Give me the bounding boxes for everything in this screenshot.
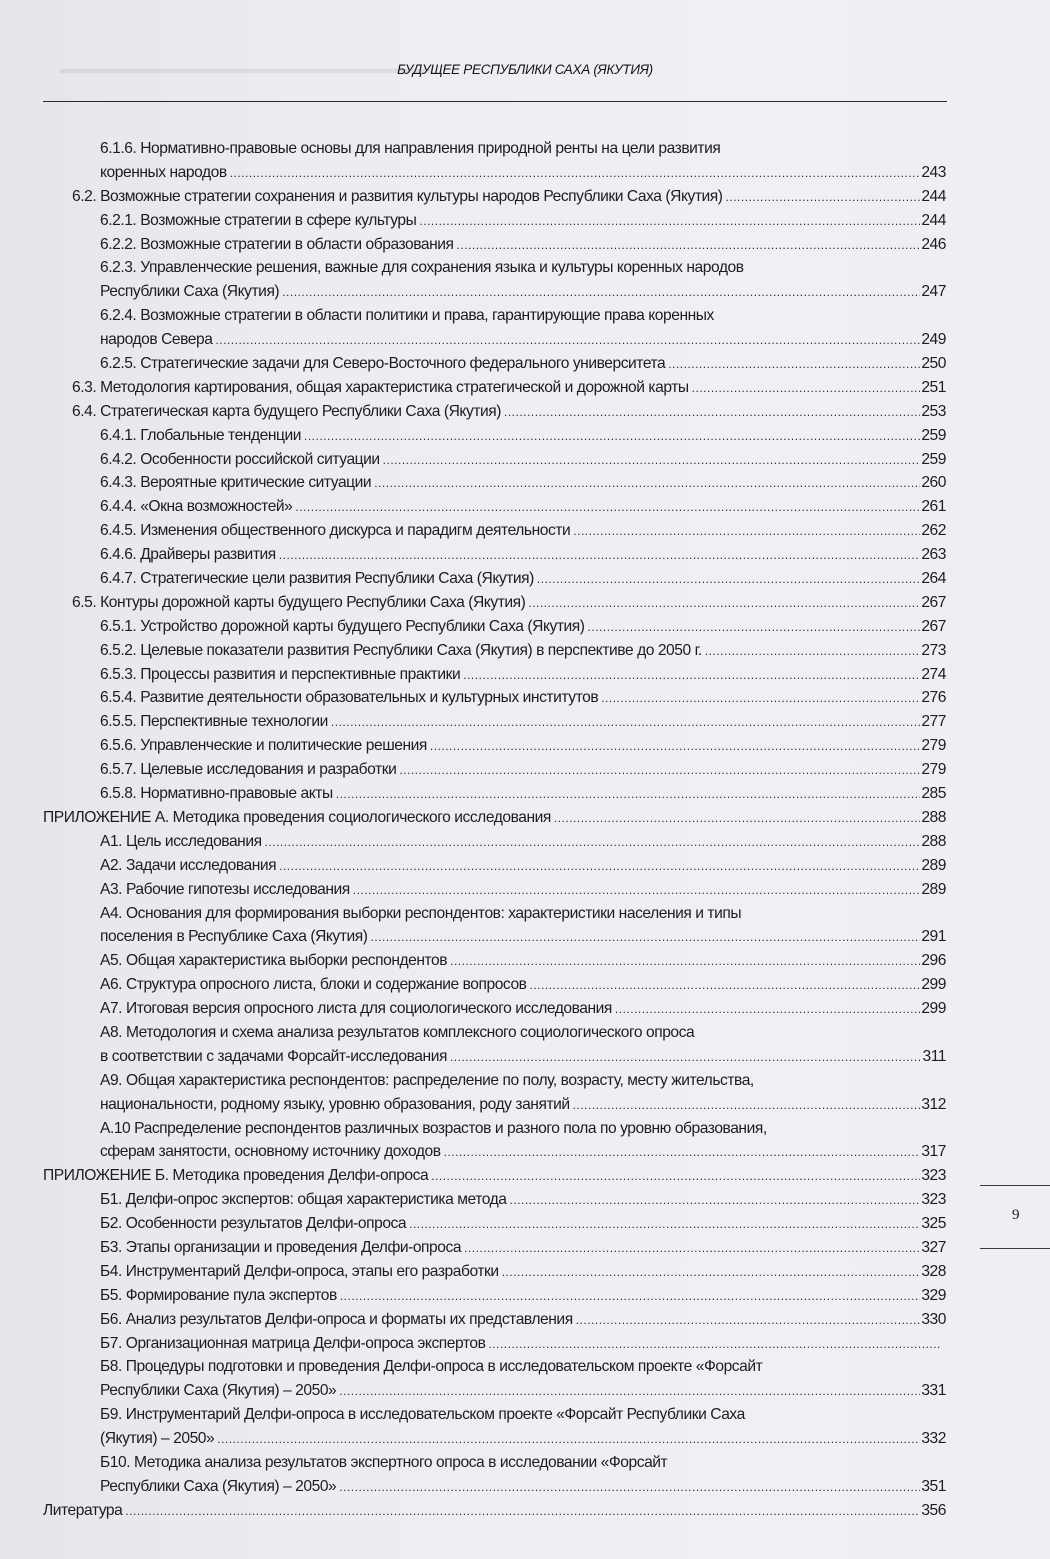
toc-entry-title: Б2. Особенности результатов Делфи-опроса bbox=[100, 1212, 406, 1236]
toc-entry-title: А3. Рабочие гипотезы исследования bbox=[100, 878, 350, 902]
toc-line: Б6. Анализ результатов Делфи-опроса и фо… bbox=[43, 1308, 946, 1332]
toc-line: 6.4.5. Изменения общественного дискурса … bbox=[43, 519, 946, 543]
toc-entry[interactable]: А1. Цель исследования288 bbox=[43, 830, 946, 854]
toc-entry-title: 6.5.8. Нормативно-правовые акты bbox=[100, 782, 333, 806]
toc-entry[interactable]: Б2. Особенности результатов Делфи-опроса… bbox=[43, 1212, 946, 1236]
toc-page-number: 259 bbox=[921, 448, 946, 472]
toc-entry-title: А4. Основания для формирования выборки р… bbox=[100, 902, 741, 926]
toc-line: Б7. Организационная матрица Делфи-опроса… bbox=[43, 1332, 946, 1356]
toc-line: 6.4.7. Стратегические цели развития Респ… bbox=[43, 567, 946, 591]
toc-page-number: 274 bbox=[921, 663, 946, 687]
toc-entry[interactable]: 6.5.3. Процессы развития и перспективные… bbox=[43, 663, 946, 687]
toc-entry[interactable]: 6.4.1. Глобальные тенденции259 bbox=[43, 424, 946, 448]
toc-page-number: 291 bbox=[921, 925, 946, 949]
dot-leader bbox=[726, 186, 921, 210]
toc-page-number: 299 bbox=[921, 973, 946, 997]
toc-page-number: 288 bbox=[921, 830, 946, 854]
dot-leader bbox=[450, 1046, 922, 1070]
toc-entry[interactable]: ПРИЛОЖЕНИЕ А. Методика проведения социол… bbox=[43, 806, 946, 830]
dot-leader bbox=[230, 162, 921, 186]
toc-entry[interactable]: 6.5.2. Целевые показатели развития Респу… bbox=[43, 639, 946, 663]
toc-line: 6.5.6. Управленческие и политические реш… bbox=[43, 734, 946, 758]
toc-entry[interactable]: 6.5.5. Перспективные технологии277 bbox=[43, 710, 946, 734]
toc-line: 6.4.6. Драйверы развития263 bbox=[43, 543, 946, 567]
toc-line: ПРИЛОЖЕНИЕ Б. Методика проведения Делфи-… bbox=[43, 1164, 946, 1188]
toc-entry-title: 6.2. Возможные стратегии сохранения и ра… bbox=[72, 185, 723, 209]
toc-entry-title: 6.3. Методология картирования, общая хар… bbox=[72, 376, 689, 400]
toc-line: ПРИЛОЖЕНИЕ А. Методика проведения социол… bbox=[43, 806, 946, 830]
dot-leader bbox=[615, 998, 920, 1022]
toc-entry[interactable]: Б8. Процедуры подготовки и проведения Де… bbox=[43, 1355, 946, 1403]
toc-entry[interactable]: 6.4.3. Вероятные критические ситуации260 bbox=[43, 471, 946, 495]
toc-entry[interactable]: 6.2. Возможные стратегии сохранения и ра… bbox=[43, 185, 946, 209]
toc-entry[interactable]: 6.3. Методология картирования, общая хар… bbox=[43, 376, 946, 400]
folio-rule-bottom bbox=[980, 1248, 1050, 1249]
toc-line: 6.5.2. Целевые показатели развития Респу… bbox=[43, 639, 946, 663]
toc-entry[interactable]: 6.4.5. Изменения общественного дискурса … bbox=[43, 519, 946, 543]
toc-page-number: 243 bbox=[921, 161, 946, 185]
toc-entry-title: 6.5.3. Процессы развития и перспективные… bbox=[100, 663, 460, 687]
toc-line: 6.2. Возможные стратегии сохранения и ра… bbox=[43, 185, 946, 209]
toc-entry-title: 6.5.4. Развитие деятельности образовател… bbox=[100, 686, 598, 710]
toc-entry[interactable]: А7. Итоговая версия опросного листа для … bbox=[43, 997, 946, 1021]
dot-leader bbox=[573, 520, 920, 544]
toc-line: Б2. Особенности результатов Делфи-опроса… bbox=[43, 1212, 946, 1236]
toc-entry[interactable]: 6.5.7. Целевые исследования и разработки… bbox=[43, 758, 946, 782]
dot-leader bbox=[353, 879, 921, 903]
toc-page-number: 247 bbox=[921, 280, 946, 304]
toc-entry-title: ПРИЛОЖЕНИЕ Б. Методика проведения Делфи-… bbox=[43, 1164, 428, 1188]
toc-entry-title: 6.5.5. Перспективные технологии bbox=[100, 710, 328, 734]
toc-line: 6.5.7. Целевые исследования и разработки… bbox=[43, 758, 946, 782]
toc-entry-title: Республики Саха (Якутия) – 2050» bbox=[100, 1379, 336, 1403]
toc-entry-title: (Якутия) – 2050» bbox=[100, 1427, 214, 1451]
toc-line: А5. Общая характеристика выборки респонд… bbox=[43, 949, 946, 973]
toc-line: 6.2.4. Возможные стратегии в области пол… bbox=[43, 304, 946, 328]
dot-leader bbox=[304, 425, 920, 449]
dot-leader bbox=[383, 449, 921, 473]
toc-page-number: 356 bbox=[921, 1499, 946, 1523]
toc-page-number: 317 bbox=[921, 1140, 946, 1164]
toc-entry[interactable]: 6.4.2. Особенности российской ситуации25… bbox=[43, 448, 946, 472]
toc-entry[interactable]: Б1. Делфи-опрос экспертов: общая характе… bbox=[43, 1188, 946, 1212]
toc-entry-title: 6.2.5. Стратегические задачи для Северо-… bbox=[100, 352, 665, 376]
toc-entry[interactable]: Б4. Инструментарий Делфи-опроса, этапы е… bbox=[43, 1260, 946, 1284]
toc-page-number: 251 bbox=[921, 376, 946, 400]
dot-leader bbox=[537, 568, 920, 592]
toc-line: 6.4. Стратегическая карта будущего Респу… bbox=[43, 400, 946, 424]
dot-leader bbox=[488, 1333, 940, 1357]
toc-entry-title: 6.5.2. Целевые показатели развития Респу… bbox=[100, 639, 702, 663]
toc-entry-title: 6.5.1. Устройство дорожной карты будущег… bbox=[100, 615, 585, 639]
toc-entry[interactable]: А4. Основания для формирования выборки р… bbox=[43, 902, 946, 950]
toc-entry-title: А1. Цель исследования bbox=[100, 830, 262, 854]
toc-entry-title: 6.5.7. Целевые исследования и разработки bbox=[100, 758, 396, 782]
toc-page-number: 323 bbox=[921, 1164, 946, 1188]
toc-line: А7. Итоговая версия опросного листа для … bbox=[43, 997, 946, 1021]
dot-leader bbox=[279, 544, 921, 568]
toc-entry-title: А2. Задачи исследования bbox=[100, 854, 276, 878]
toc-entry-title: поселения в Республике Саха (Якутия) bbox=[100, 925, 367, 949]
toc-page-number: 311 bbox=[922, 1045, 946, 1069]
toc-line: А6. Структура опросного листа, блоки и с… bbox=[43, 973, 946, 997]
toc-line: коренных народов243 bbox=[43, 161, 946, 185]
toc-line: в соответствии с задачами Форсайт-исслед… bbox=[43, 1045, 946, 1069]
dot-leader bbox=[431, 1165, 920, 1189]
toc-page-number: 246 bbox=[921, 233, 946, 257]
toc-entry[interactable]: 6.5.4. Развитие деятельности образовател… bbox=[43, 686, 946, 710]
dot-leader bbox=[409, 1213, 920, 1237]
toc-line: 6.4.4. «Окна возможностей»261 bbox=[43, 495, 946, 519]
toc-entry[interactable]: 6.2.5. Стратегические задачи для Северо-… bbox=[43, 352, 946, 376]
toc-line: А8. Методология и схема анализа результа… bbox=[43, 1021, 946, 1045]
toc-entry-title: А8. Методология и схема анализа результа… bbox=[100, 1021, 694, 1045]
toc-entry[interactable]: А6. Структура опросного листа, блоки и с… bbox=[43, 973, 946, 997]
toc-entry-title: Б1. Делфи-опрос экспертов: общая характе… bbox=[100, 1188, 507, 1212]
toc-entry[interactable]: 6.4.4. «Окна возможностей»261 bbox=[43, 495, 946, 519]
toc-entry-title: коренных народов bbox=[100, 161, 227, 185]
toc-entry[interactable]: А.10 Распределение респондентов различны… bbox=[43, 1117, 946, 1165]
dot-leader bbox=[331, 711, 920, 735]
toc-page-number: 332 bbox=[921, 1427, 946, 1451]
toc-entry[interactable]: 6.2.3. Управленческие решения, важные дл… bbox=[43, 256, 946, 304]
toc-entry-title: народов Севера bbox=[100, 328, 212, 352]
toc-line: 6.2.5. Стратегические задачи для Северо-… bbox=[43, 352, 946, 376]
toc-entry-title: Б9. Инструментарий Делфи-опроса в исслед… bbox=[100, 1403, 745, 1427]
toc-line: 6.2.2. Возможные стратегии в области обр… bbox=[43, 233, 946, 257]
toc-entry-title: 6.2.1. Возможные стратегии в сфере культ… bbox=[100, 209, 416, 233]
toc-line: Республики Саха (Якутия)247 bbox=[43, 280, 946, 304]
dot-leader bbox=[374, 472, 920, 496]
toc-line: национальности, родному языку, уровню об… bbox=[43, 1093, 946, 1117]
toc-line: 6.5. Контуры дорожной карты будущего Рес… bbox=[43, 591, 946, 615]
header-rule bbox=[43, 101, 947, 102]
dot-leader bbox=[215, 329, 920, 353]
toc-page-number: 262 bbox=[921, 519, 946, 543]
toc-entry-title: Республики Саха (Якутия) bbox=[100, 280, 279, 304]
toc-entry-title: А.10 Распределение респондентов различны… bbox=[100, 1117, 767, 1141]
toc-entry-title: Б7. Организационная матрица Делфи-опроса… bbox=[100, 1332, 485, 1356]
toc-entry-title: А7. Итоговая версия опросного листа для … bbox=[100, 997, 612, 1021]
toc-entry-title: Республики Саха (Якутия) – 2050» bbox=[100, 1475, 336, 1499]
toc-page-number: 288 bbox=[921, 806, 946, 830]
toc-line: поселения в Республике Саха (Якутия)291 bbox=[43, 925, 946, 949]
dot-leader bbox=[510, 1189, 921, 1213]
running-header: БУДУЩЕЕ РЕСПУБЛИКИ САХА (ЯКУТИЯ) bbox=[0, 62, 1050, 77]
toc-entry-title: 6.2.4. Возможные стратегии в области пол… bbox=[100, 304, 714, 328]
dot-leader bbox=[336, 783, 921, 807]
toc-page-number: 289 bbox=[921, 878, 946, 902]
dot-leader bbox=[339, 1476, 920, 1500]
dot-leader bbox=[279, 855, 920, 879]
toc-page-number: 325 bbox=[921, 1212, 946, 1236]
toc-page-number: 244 bbox=[921, 209, 946, 233]
dot-leader bbox=[464, 1237, 920, 1261]
dot-leader bbox=[502, 1261, 921, 1285]
toc-line: Литература356 bbox=[43, 1499, 946, 1523]
toc-line: 6.5.5. Перспективные технологии277 bbox=[43, 710, 946, 734]
dot-leader bbox=[554, 807, 920, 831]
dot-leader bbox=[370, 926, 920, 950]
toc-page-number: 331 bbox=[921, 1379, 946, 1403]
toc-page-number: 277 bbox=[921, 710, 946, 734]
toc-entry[interactable]: 6.1.6. Нормативно-правовые основы для на… bbox=[43, 137, 946, 185]
toc-line: А1. Цель исследования288 bbox=[43, 830, 946, 854]
toc-entry-title: Б3. Этапы организации и проведения Делфи… bbox=[100, 1236, 461, 1260]
dot-leader bbox=[463, 664, 920, 688]
dot-leader bbox=[457, 234, 921, 258]
toc-page-number: 285 bbox=[921, 782, 946, 806]
toc-entry[interactable]: 6.5.6. Управленческие и политические реш… bbox=[43, 734, 946, 758]
toc-entry[interactable]: А2. Задачи исследования289 bbox=[43, 854, 946, 878]
toc-page-number: 296 bbox=[921, 949, 946, 973]
toc-line: А2. Задачи исследования289 bbox=[43, 854, 946, 878]
toc-entry-title: 6.2.2. Возможные стратегии в области обр… bbox=[100, 233, 454, 257]
toc-line: А.10 Распределение респондентов различны… bbox=[43, 1117, 946, 1141]
toc-line: народов Севера249 bbox=[43, 328, 946, 352]
toc-page-number: 279 bbox=[921, 758, 946, 782]
dot-leader bbox=[576, 1309, 921, 1333]
toc-line: Б9. Инструментарий Делфи-опроса в исслед… bbox=[43, 1403, 946, 1427]
toc-page-number: 328 bbox=[921, 1260, 946, 1284]
toc-line: Б8. Процедуры подготовки и проведения Де… bbox=[43, 1355, 946, 1379]
toc-entry[interactable]: Б10. Методика анализа результатов экспер… bbox=[43, 1451, 946, 1499]
toc-entry[interactable]: 6.5.1. Устройство дорожной карты будущег… bbox=[43, 615, 946, 639]
toc-page-number: 279 bbox=[921, 734, 946, 758]
toc-entry-title: 6.4.1. Глобальные тенденции bbox=[100, 424, 301, 448]
toc-entry-title: А9. Общая характеристика респондентов: р… bbox=[100, 1069, 754, 1093]
toc-page-number: 351 bbox=[921, 1475, 946, 1499]
dot-leader bbox=[430, 735, 920, 759]
toc-page-number: 299 bbox=[921, 997, 946, 1021]
toc-page-number: 323 bbox=[921, 1188, 946, 1212]
toc-page-number: 267 bbox=[921, 615, 946, 639]
toc-line: 6.4.3. Вероятные критические ситуации260 bbox=[43, 471, 946, 495]
toc-line: Б4. Инструментарий Делфи-опроса, этапы е… bbox=[43, 1260, 946, 1284]
toc-entry-title: 6.1.6. Нормативно-правовые основы для на… bbox=[100, 137, 720, 161]
table-of-contents: 6.1.6. Нормативно-правовые основы для на… bbox=[43, 137, 946, 1523]
toc-line: Б10. Методика анализа результатов экспер… bbox=[43, 1451, 946, 1475]
toc-page-number: 249 bbox=[921, 328, 946, 352]
toc-entry-title: Литература bbox=[43, 1499, 122, 1523]
toc-entry-title: 6.2.3. Управленческие решения, важные дл… bbox=[100, 256, 744, 280]
toc-entry-title: 6.4.3. Вероятные критические ситуации bbox=[100, 471, 371, 495]
folio-rule-top bbox=[980, 1185, 1050, 1186]
toc-entry[interactable]: А5. Общая характеристика выборки респонд… bbox=[43, 949, 946, 973]
toc-page-number: 329 bbox=[921, 1284, 946, 1308]
toc-entry-title: 6.4. Стратегическая карта будущего Респу… bbox=[72, 400, 501, 424]
dot-leader bbox=[588, 616, 921, 640]
toc-page-number: 312 bbox=[921, 1093, 946, 1117]
toc-entry[interactable]: Б5. Формирование пула экспертов329 bbox=[43, 1284, 946, 1308]
toc-entry-title: 6.4.6. Драйверы развития bbox=[100, 543, 276, 567]
toc-line: 6.5.4. Развитие деятельности образовател… bbox=[43, 686, 946, 710]
toc-page-number: 330 bbox=[921, 1308, 946, 1332]
toc-entry-title: национальности, родному языку, уровню об… bbox=[100, 1093, 570, 1117]
toc-entry-title: сферам занятости, основному источнику до… bbox=[100, 1140, 441, 1164]
toc-page-number: 276 bbox=[921, 686, 946, 710]
toc-page-number: 267 bbox=[921, 591, 946, 615]
toc-entry[interactable]: 6.4. Стратегическая карта будущего Респу… bbox=[43, 400, 946, 424]
toc-line: 6.4.2. Особенности российской ситуации25… bbox=[43, 448, 946, 472]
dot-leader bbox=[265, 831, 921, 855]
toc-entry-title: ПРИЛОЖЕНИЕ А. Методика проведения социол… bbox=[43, 806, 551, 830]
dot-leader bbox=[399, 759, 920, 783]
toc-line: 6.1.6. Нормативно-правовые основы для на… bbox=[43, 137, 946, 161]
dot-leader bbox=[692, 377, 921, 401]
toc-entry[interactable]: А3. Рабочие гипотезы исследования289 bbox=[43, 878, 946, 902]
dot-leader bbox=[295, 496, 920, 520]
toc-entry[interactable]: Литература356 bbox=[43, 1499, 946, 1523]
page-number: 9 bbox=[1012, 1207, 1020, 1224]
toc-entry[interactable]: 6.5.8. Нормативно-правовые акты285 bbox=[43, 782, 946, 806]
dot-leader bbox=[444, 1141, 921, 1165]
toc-page-number: 250 bbox=[921, 352, 946, 376]
toc-entry-title: Б6. Анализ результатов Делфи-опроса и фо… bbox=[100, 1308, 573, 1332]
toc-entry-title: Б4. Инструментарий Делфи-опроса, этапы е… bbox=[100, 1260, 499, 1284]
dot-leader bbox=[573, 1094, 921, 1118]
dot-leader bbox=[705, 640, 921, 664]
dot-leader bbox=[504, 401, 920, 425]
toc-entry-title: Б8. Процедуры подготовки и проведения Де… bbox=[100, 1355, 762, 1379]
toc-entry-title: 6.5.6. Управленческие и политические реш… bbox=[100, 734, 427, 758]
toc-line: Республики Саха (Якутия) – 2050»351 bbox=[43, 1475, 946, 1499]
dot-leader bbox=[601, 687, 920, 711]
toc-entry-title: А5. Общая характеристика выборки респонд… bbox=[100, 949, 447, 973]
toc-entry[interactable]: 6.2.1. Возможные стратегии в сфере культ… bbox=[43, 209, 946, 233]
toc-entry[interactable]: Б3. Этапы организации и проведения Делфи… bbox=[43, 1236, 946, 1260]
toc-entry[interactable]: 6.4.7. Стратегические цели развития Респ… bbox=[43, 567, 946, 591]
toc-page-number: 259 bbox=[921, 424, 946, 448]
dot-leader bbox=[450, 950, 920, 974]
dot-leader bbox=[340, 1285, 920, 1309]
toc-line: 6.2.1. Возможные стратегии в сфере культ… bbox=[43, 209, 946, 233]
toc-entry-title: 6.4.7. Стратегические цели развития Респ… bbox=[100, 567, 534, 591]
dot-leader bbox=[419, 210, 920, 234]
toc-entry[interactable]: Б9. Инструментарий Делфи-опроса в исслед… bbox=[43, 1403, 946, 1451]
toc-page-number: 273 bbox=[921, 639, 946, 663]
toc-line: 6.2.3. Управленческие решения, важные дл… bbox=[43, 256, 946, 280]
toc-entry[interactable]: Б7. Организационная матрица Делфи-опроса… bbox=[43, 1332, 946, 1356]
toc-line: (Якутия) – 2050»332 bbox=[43, 1427, 946, 1451]
toc-page-number: 244 bbox=[921, 185, 946, 209]
dot-leader bbox=[339, 1380, 920, 1404]
book-page: ▬▬▬▬▬▬▬▬▬▬▬▬▬▬▬▬▬▬▬▬▬▬▬▬▬▬▬ БУДУЩЕЕ РЕСП… bbox=[0, 0, 1050, 1559]
toc-entry[interactable]: 6.4.6. Драйверы развития263 bbox=[43, 543, 946, 567]
toc-page-number: 327 bbox=[921, 1236, 946, 1260]
dot-leader bbox=[528, 592, 920, 616]
dot-leader bbox=[530, 974, 921, 998]
toc-line: 6.5.8. Нормативно-правовые акты285 bbox=[43, 782, 946, 806]
toc-line: А4. Основания для формирования выборки р… bbox=[43, 902, 946, 926]
toc-entry-title: 6.4.2. Особенности российской ситуации bbox=[100, 448, 380, 472]
toc-entry[interactable]: 6.2.2. Возможные стратегии в области обр… bbox=[43, 233, 946, 257]
toc-page-number: 264 bbox=[921, 567, 946, 591]
toc-line: 6.4.1. Глобальные тенденции259 bbox=[43, 424, 946, 448]
toc-line: Б1. Делфи-опрос экспертов: общая характе… bbox=[43, 1188, 946, 1212]
toc-entry-title: Б5. Формирование пула экспертов bbox=[100, 1284, 337, 1308]
toc-page-number: 253 bbox=[921, 400, 946, 424]
toc-line: Б3. Этапы организации и проведения Делфи… bbox=[43, 1236, 946, 1260]
toc-line: сферам занятости, основному источнику до… bbox=[43, 1140, 946, 1164]
dot-leader bbox=[217, 1428, 920, 1452]
toc-entry-title: А6. Структура опросного листа, блоки и с… bbox=[100, 973, 527, 997]
toc-entry-title: Б10. Методика анализа результатов экспер… bbox=[100, 1451, 667, 1475]
toc-entry[interactable]: 6.5. Контуры дорожной карты будущего Рес… bbox=[43, 591, 946, 615]
toc-entry[interactable]: Б6. Анализ результатов Делфи-опроса и фо… bbox=[43, 1308, 946, 1332]
toc-page-number: 263 bbox=[921, 543, 946, 567]
dot-leader bbox=[668, 353, 920, 377]
dot-leader bbox=[282, 281, 920, 305]
toc-entry[interactable]: 6.2.4. Возможные стратегии в области пол… bbox=[43, 304, 946, 352]
toc-line: 6.3. Методология картирования, общая хар… bbox=[43, 376, 946, 400]
toc-entry-title: 6.4.4. «Окна возможностей» bbox=[100, 495, 292, 519]
toc-page-number: 260 bbox=[921, 471, 946, 495]
toc-entry-title: 6.4.5. Изменения общественного дискурса … bbox=[100, 519, 570, 543]
toc-line: 6.5.3. Процессы развития и перспективные… bbox=[43, 663, 946, 687]
toc-line: А9. Общая характеристика респондентов: р… bbox=[43, 1069, 946, 1093]
toc-entry-title: 6.5. Контуры дорожной карты будущего Рес… bbox=[72, 591, 525, 615]
toc-line: Б5. Формирование пула экспертов329 bbox=[43, 1284, 946, 1308]
dot-leader bbox=[125, 1500, 920, 1524]
toc-entry[interactable]: ПРИЛОЖЕНИЕ Б. Методика проведения Делфи-… bbox=[43, 1164, 946, 1188]
toc-line: А3. Рабочие гипотезы исследования289 bbox=[43, 878, 946, 902]
toc-page-number: 289 bbox=[921, 854, 946, 878]
toc-line: 6.5.1. Устройство дорожной карты будущег… bbox=[43, 615, 946, 639]
toc-line: Республики Саха (Якутия) – 2050»331 bbox=[43, 1379, 946, 1403]
toc-entry[interactable]: А9. Общая характеристика респондентов: р… bbox=[43, 1069, 946, 1117]
toc-entry-title: в соответствии с задачами Форсайт-исслед… bbox=[100, 1045, 447, 1069]
toc-page-number: 261 bbox=[921, 495, 946, 519]
toc-entry[interactable]: А8. Методология и схема анализа результа… bbox=[43, 1021, 946, 1069]
